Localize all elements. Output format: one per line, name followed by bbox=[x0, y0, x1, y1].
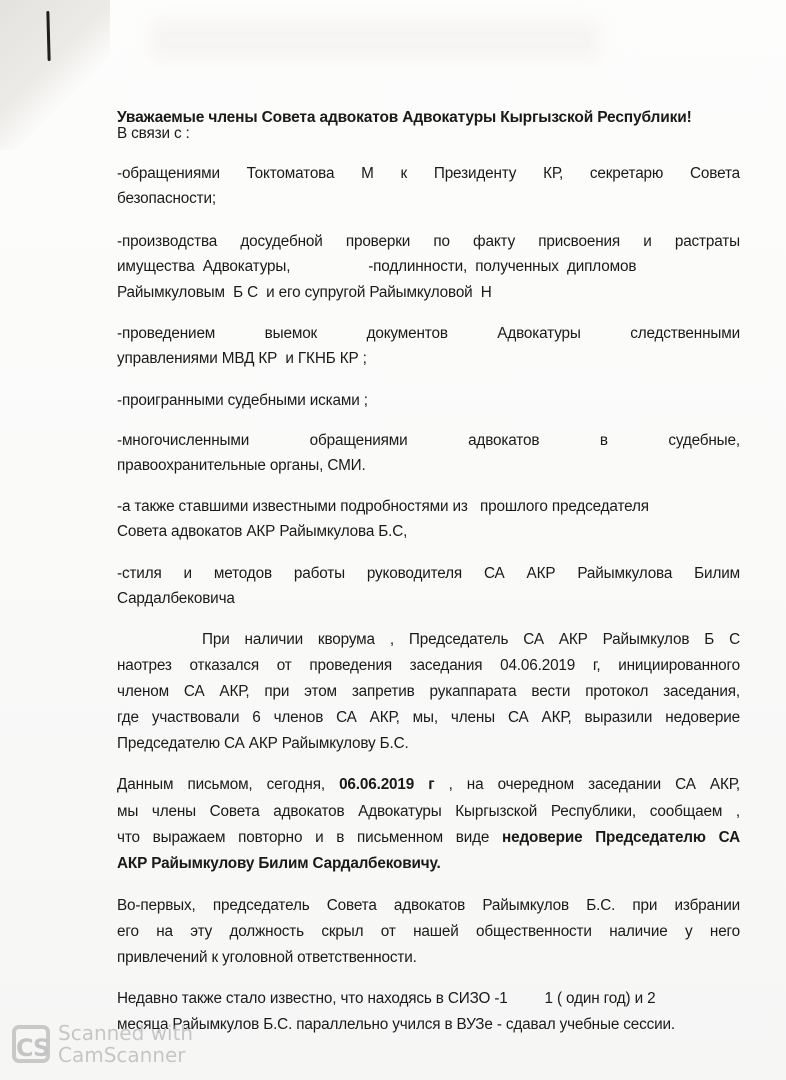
letter-text: что выражаем повторно и в письменном вид… bbox=[117, 829, 502, 846]
letter-line-4: АКР Райымкулову Билим Сардалбековичу. bbox=[117, 852, 740, 877]
item-5-line-1: -многочисленными обращениями адвокатов в… bbox=[117, 429, 740, 454]
camscanner-logo-icon: CS bbox=[12, 1025, 50, 1063]
first-line-1: Во-первых, председатель Совета адвокатов… bbox=[117, 894, 740, 919]
item-4-line-1: -проигранными судебными исками ; bbox=[117, 389, 740, 414]
intro: В связи с : bbox=[117, 122, 740, 147]
letter-text: Данным письмом, сегодня, bbox=[117, 776, 339, 793]
item-1-line-1: -обращениями Токтоматова М к Президенту … bbox=[117, 162, 740, 187]
item-7-line-1: -стиля и методов работы руководителя СА … bbox=[117, 562, 740, 587]
quorum-line-3: членом СА АКР, при этом запретив рукаппа… bbox=[117, 680, 740, 705]
quorum-line-4: где участвовали 6 членов СА АКР, мы, чле… bbox=[117, 706, 740, 731]
item-2-line-3: Райымкуловым Б С и его супругой Райымкул… bbox=[117, 281, 740, 306]
item-7-line-2: Сардалбековича bbox=[117, 587, 740, 612]
recent-line-1: Недавно также стало известно, что находя… bbox=[117, 987, 740, 1012]
letter-text: , на очередном заседании СА АКР, bbox=[434, 776, 740, 793]
recent-line-2: месяца Райымкулов Б.С. параллельно училс… bbox=[117, 1013, 740, 1038]
scanned-page: Уважаемые члены Совета адвокатов Адвокат… bbox=[0, 0, 786, 1080]
item-6-line-1: -а также ставшими известными подробностя… bbox=[117, 495, 740, 520]
item-2-line-1: -производства досудебной проверки по фак… bbox=[117, 230, 740, 255]
item-3-line-1: -проведением выемок документов Адвокатур… bbox=[117, 322, 740, 347]
intro-text: В связи с : bbox=[117, 125, 190, 142]
first-line-2: его на эту должность скрыл от нашей обще… bbox=[117, 920, 740, 945]
watermark-line-1: Scanned with bbox=[58, 1022, 193, 1044]
first-line-3: привлечений к уголовной ответственности. bbox=[117, 946, 740, 971]
quorum-line-1: При наличии кворума , Председатель СА АК… bbox=[117, 628, 740, 653]
quorum-line-2: наотрез отказался от проведения заседани… bbox=[117, 654, 740, 679]
letter-bold-text: недоверие Председателю СА bbox=[502, 829, 740, 846]
page-shadow bbox=[0, 0, 110, 150]
bleed-through bbox=[150, 20, 600, 60]
quorum-line-5: Председателю СА АКР Райымкулову Б.С. bbox=[117, 732, 740, 757]
item-2-line-2: имущества Адвокатуры, -подлинности, полу… bbox=[117, 255, 740, 280]
letter-line-2: мы члены Совета адвокатов Адвокатуры Кыр… bbox=[117, 800, 740, 825]
letter-line-3: что выражаем повторно и в письменном вид… bbox=[117, 826, 740, 851]
watermark-line-2: CamScanner bbox=[58, 1044, 193, 1066]
item-6-line-2: Совета адвокатов АКР Райымкулова Б.С, bbox=[117, 520, 740, 545]
item-5-line-2: правоохранительные органы, СМИ. bbox=[117, 454, 740, 479]
watermark-text: Scanned with CamScanner bbox=[58, 1022, 193, 1066]
item-3-line-2: управлениями МВД КР и ГКНБ КР ; bbox=[117, 347, 740, 372]
letter-date: 06.06.2019 г bbox=[339, 776, 434, 793]
letter-line-1: Данным письмом, сегодня, 06.06.2019 г , … bbox=[117, 773, 740, 798]
item-1-line-2: безопасности; bbox=[117, 187, 740, 212]
camscanner-watermark: CS Scanned with CamScanner bbox=[12, 1022, 193, 1066]
